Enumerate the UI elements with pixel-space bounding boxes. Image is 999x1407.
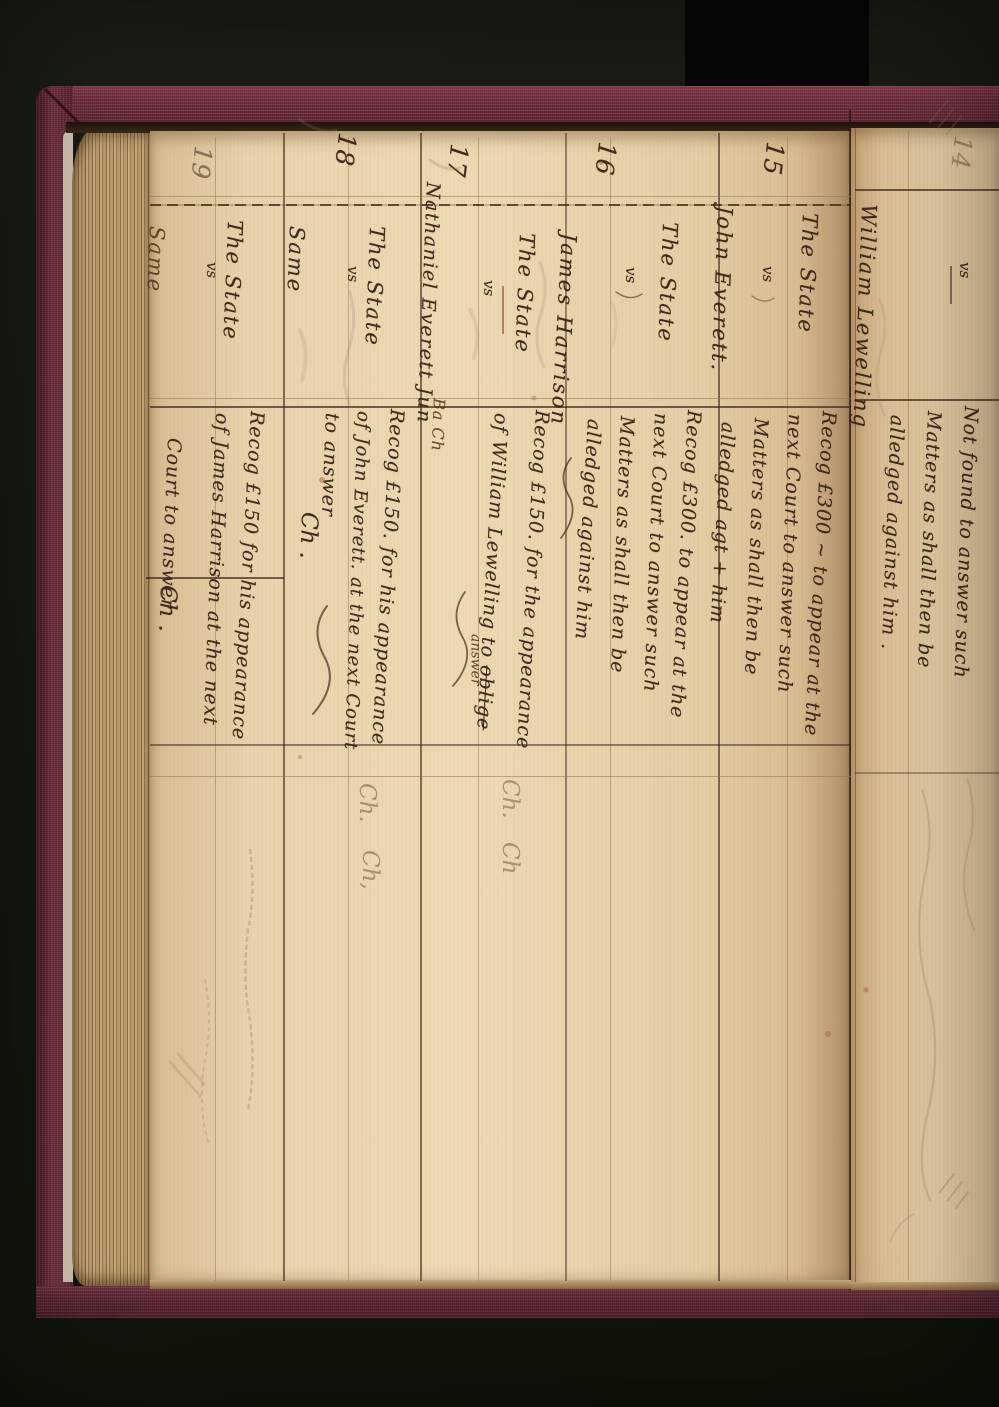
rule-row-3-right-page bbox=[855, 772, 999, 774]
entry-16-versus: vs bbox=[622, 267, 638, 283]
rule-row-2 bbox=[150, 406, 851, 408]
rule-row-1 bbox=[150, 204, 851, 206]
rule-row-1-ghost bbox=[150, 196, 851, 197]
entry-19-case-number: 19 bbox=[186, 144, 216, 181]
table-line-faint bbox=[908, 130, 909, 1280]
rule-row-3 bbox=[150, 744, 851, 746]
entry-15-case-number: 15 bbox=[758, 140, 788, 177]
ledger-page-left bbox=[150, 131, 851, 1283]
entry-14-case-number: 14 bbox=[946, 134, 976, 171]
entry-18-defendant: Same bbox=[283, 226, 308, 294]
black-strap bbox=[685, 0, 869, 93]
rule-row-3-ghost bbox=[150, 776, 851, 777]
entry-17-defendant-note: Ba Ch bbox=[428, 398, 447, 453]
entry-19-versus: vs bbox=[203, 262, 219, 278]
page-bottom-edge-right bbox=[851, 1282, 999, 1290]
page-bottom-edge-left bbox=[150, 1280, 851, 1289]
entry-16-case-number: 16 bbox=[590, 140, 620, 177]
photograph-of-open-ledger: 14 vs William Lewelling Not found to ans… bbox=[0, 0, 999, 1407]
entry-17-versus-underline bbox=[502, 286, 504, 334]
rule-row-2-ghost bbox=[150, 398, 851, 399]
entry-14-versus: vs bbox=[956, 262, 972, 278]
entry-14-versus-underline bbox=[950, 266, 952, 304]
entry-18-case-number: 18 bbox=[330, 131, 360, 168]
entry-17-clerk-mark: Ch. bbox=[498, 779, 522, 819]
entry-17-case-number: 17 bbox=[442, 142, 472, 179]
entry-18-versus: vs bbox=[344, 266, 360, 282]
entry-18-clerk-mark: Ch. bbox=[355, 783, 379, 823]
entry-17-versus: vs bbox=[480, 280, 496, 296]
book-cover-bottom-edge bbox=[36, 1286, 999, 1318]
entry-18-clerk-mark: Ch, bbox=[358, 850, 382, 890]
entry-16-plaintiff: The State bbox=[654, 222, 681, 344]
entry-17-clerk-mark: Ch bbox=[498, 842, 522, 874]
entry-17-plaintiff: The State bbox=[511, 233, 538, 355]
table-line-faint bbox=[610, 137, 611, 1281]
page-stack-edges bbox=[72, 126, 152, 1286]
page-fold-line bbox=[849, 110, 851, 1290]
table-line-vertical bbox=[283, 133, 285, 1281]
entry-15-versus: vs bbox=[759, 266, 775, 282]
rule-row-2-right-page bbox=[855, 399, 999, 401]
entry-18-plaintiff: The State bbox=[361, 226, 388, 348]
rule-row-1-right-page bbox=[855, 189, 999, 191]
entry-17-interline-word: answer bbox=[468, 634, 483, 686]
entry-15-plaintiff: The State bbox=[794, 213, 821, 335]
entry-19-plaintiff: The State bbox=[219, 220, 246, 342]
entry-19-inline-mark: Ch . bbox=[154, 585, 180, 633]
entry-19-defendant: Same bbox=[143, 226, 168, 294]
entry-18-inline-mark: Ch . bbox=[295, 512, 321, 560]
table-line-faint bbox=[787, 137, 788, 1281]
entry-18-desc-line: to answer bbox=[317, 413, 341, 518]
